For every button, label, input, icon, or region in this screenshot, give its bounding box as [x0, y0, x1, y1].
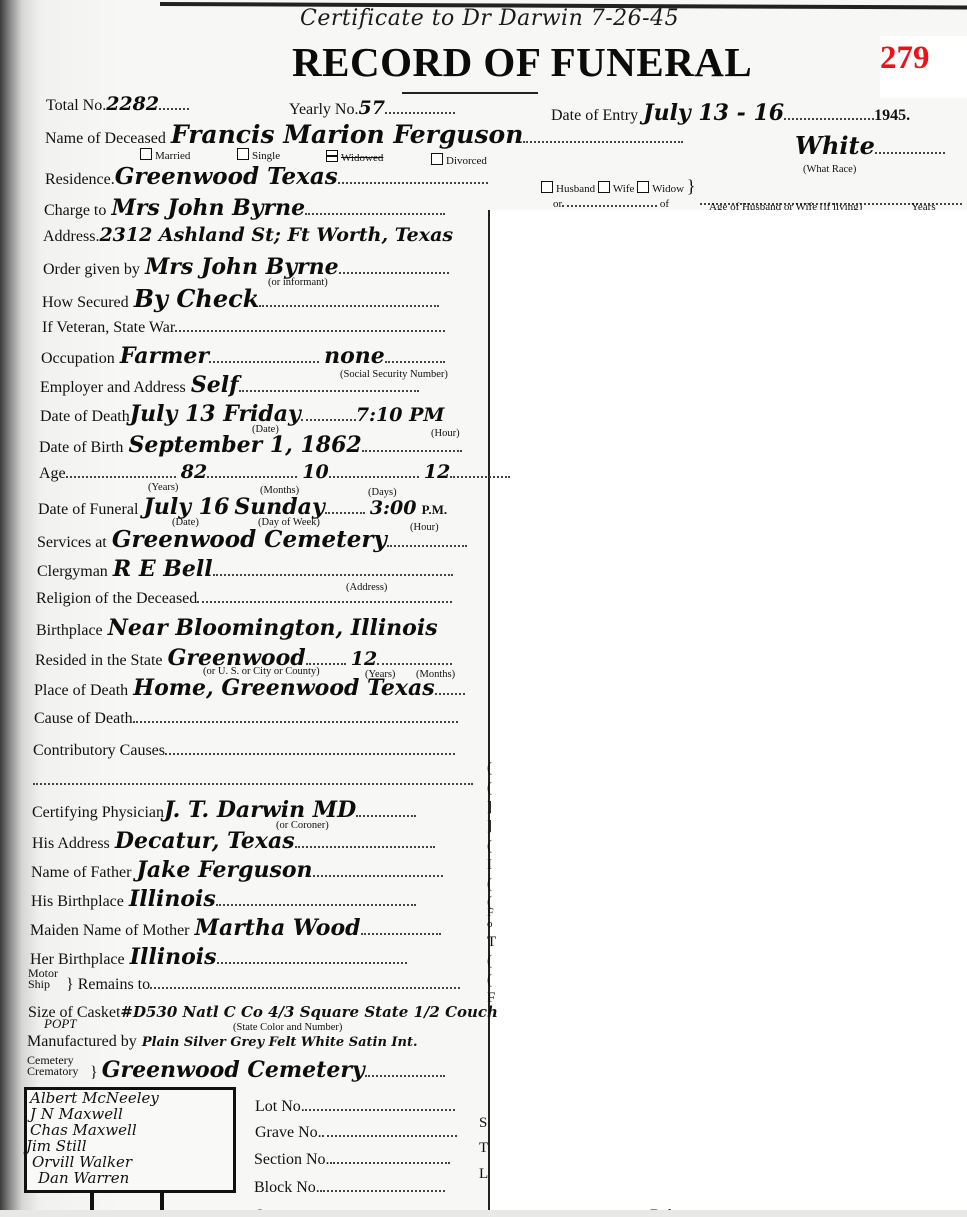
services-at-label: Services at — [37, 534, 107, 551]
wife-label: Wife — [613, 183, 635, 195]
address-label: Address. — [43, 228, 99, 245]
mother-label: Maiden Name of Mother — [30, 922, 190, 939]
brace: } — [66, 976, 78, 993]
casket-value: #D530 Natl C Co 4/3 Square State 1/2 Cou… — [120, 1003, 498, 1021]
total-no-label: Total No. — [46, 97, 106, 114]
strip-letter: S — [479, 1115, 487, 1132]
age-label: Age — [39, 465, 66, 482]
strip-letter: F — [487, 990, 495, 1007]
dot-leader — [33, 782, 473, 785]
veteran-label: If Veteran, State War — [42, 319, 175, 336]
cemetery-value: Greenwood Cemetery — [102, 1057, 365, 1083]
widowed-checkbox[interactable] — [326, 150, 338, 162]
dot-leader — [217, 961, 407, 964]
strip-letter: T — [487, 934, 496, 951]
years-note: (Years) — [148, 482, 178, 493]
clergyman-field: Clergyman R E Bell — [37, 556, 453, 582]
block-no-field: Block No. — [254, 1177, 445, 1197]
dot-leader — [362, 449, 462, 452]
dot-leader — [377, 662, 452, 665]
veteran-field: If Veteran, State War — [42, 317, 445, 337]
total-no-value: 2282 — [106, 93, 159, 115]
funeral-hour-value: 3:00 — [370, 497, 417, 519]
religion-label: Religion of the Deceased — [36, 590, 197, 607]
occupation-label: Occupation — [41, 350, 115, 367]
marital-married[interactable]: Married — [140, 148, 190, 162]
employer-field: Employer and Address Self — [40, 372, 419, 398]
manufactured-label: Manufactured by — [27, 1033, 137, 1050]
ssn-value: none — [324, 343, 385, 369]
his-address-label: His Address — [32, 835, 110, 852]
mother-value: Martha Wood — [195, 915, 361, 941]
mother-field: Maiden Name of Mother Martha Wood — [30, 915, 441, 941]
entry-year: 1945. — [874, 107, 910, 124]
date-of-birth-field: Date of Birth September 1, 1862 — [39, 432, 462, 458]
strip-letter: o — [487, 918, 493, 930]
strip-letter: ( — [487, 953, 492, 970]
employer-value: Self — [191, 372, 239, 398]
clergyman-value: R E Bell — [113, 556, 213, 582]
strip-letter: ( — [487, 972, 492, 989]
residence-value: Greenwood Texas — [115, 163, 338, 190]
his-birthplace-label: His Birthplace — [31, 893, 124, 910]
residence-label: Residence. — [45, 171, 115, 188]
dot-leader — [325, 511, 365, 514]
blank-right-panel — [488, 210, 967, 1212]
how-secured-label: How Secured — [42, 294, 129, 311]
birthplace-value: Near Bloomington, Illinois — [108, 615, 438, 641]
dot-leader — [239, 389, 419, 392]
spouse-options: Husband Wife Widow } — [541, 176, 696, 197]
marital-widowed[interactable]: Widowed — [326, 150, 383, 164]
date-of-funeral-label: Date of Funeral — [38, 501, 138, 518]
dot-leader — [259, 304, 439, 307]
bottom-edge — [0, 1210, 967, 1217]
dot-leader — [329, 475, 419, 478]
place-of-death-field: Place of Death Home, Greenwood Texas — [34, 675, 465, 701]
husband-label: Husband — [556, 183, 595, 195]
single-checkbox[interactable] — [237, 148, 249, 160]
dot-leader — [356, 814, 416, 817]
strip-letter: T — [479, 1140, 488, 1157]
lot-no-field: Lot No. — [255, 1096, 455, 1116]
dot-leader — [387, 544, 467, 547]
dot-leader — [784, 117, 874, 120]
widow-checkbox[interactable] — [637, 181, 649, 193]
married-checkbox[interactable] — [140, 148, 152, 160]
dot-leader — [66, 475, 176, 478]
ship-label: Ship — [28, 979, 58, 990]
section-no-field: Section No. — [254, 1149, 450, 1169]
blank-dotted-line — [33, 770, 473, 789]
race-field: White — [795, 131, 945, 160]
dot-leader — [301, 418, 356, 421]
cause-of-death-field: Cause of Death — [34, 708, 458, 728]
dot-leader — [313, 874, 443, 877]
strip-letter: I — [487, 857, 492, 874]
contributory-label: Contributory Causes — [33, 742, 165, 759]
dot-leader — [435, 692, 465, 695]
married-label: Married — [155, 150, 190, 162]
cause-of-death-label: Cause of Death — [34, 710, 133, 727]
dot-leader — [338, 181, 488, 184]
resided-label: Resided in the State — [35, 652, 163, 669]
employer-label: Employer and Address — [40, 379, 186, 396]
charge-to-label: Charge to — [44, 202, 106, 219]
his-birthplace-value: Illinois — [129, 886, 216, 912]
strip-letter: ( — [487, 760, 492, 777]
dot-leader — [306, 662, 346, 665]
his-address-value: Decatur, Texas — [115, 828, 295, 854]
dot-leader — [339, 271, 449, 274]
cemetery-field: } Greenwood Cemetery — [90, 1057, 445, 1083]
section-no-label: Section No. — [254, 1151, 330, 1168]
remains-to-field: } Remains to — [66, 974, 460, 994]
name-label: Name of Deceased — [45, 130, 166, 147]
page-title: RECORD OF FUNERAL — [292, 38, 752, 86]
physician-label: Certifying Physician — [32, 804, 164, 821]
dot-leader — [450, 475, 510, 478]
dot-leader — [159, 107, 189, 110]
crematory-label: Crematory — [27, 1066, 78, 1077]
grave-no-field: Grave No. — [255, 1122, 457, 1142]
dot-leader — [175, 329, 445, 332]
marital-single[interactable]: Single — [237, 148, 280, 162]
dot-leader — [305, 1108, 455, 1111]
father-field: Name of Father Jake Ferguson — [31, 857, 443, 883]
dot-leader — [562, 204, 657, 207]
strip-letter: L — [479, 1166, 488, 1183]
occupation-value: Farmer — [120, 343, 209, 369]
dot-leader — [197, 600, 452, 603]
single-label: Single — [252, 150, 280, 162]
his-birthplace-field: His Birthplace Illinois — [31, 886, 416, 912]
his-address-field: His Address Decatur, Texas — [32, 828, 435, 854]
age-days-value: 12 — [424, 461, 450, 483]
dot-leader — [150, 986, 460, 989]
dot-leader — [330, 1161, 450, 1164]
father-value: Jake Ferguson — [137, 857, 313, 883]
dot-leader — [875, 151, 945, 154]
strip-letter: ] — [487, 818, 492, 835]
strip-letter: ( — [487, 876, 492, 893]
order-given-by-field: Order given by Mrs John Byrne — [43, 254, 449, 280]
contributory-causes-field: Contributory Causes — [33, 740, 455, 760]
her-birthplace-value: Illinois — [130, 944, 217, 970]
funeral-pm: P.M. — [422, 502, 448, 517]
deceased-name-value: Francis Marion Ferguson — [171, 120, 524, 149]
name-of-deceased-field: Name of Deceased Francis Marion Ferguson — [45, 120, 683, 149]
manufactured-by-field: Manufactured by Plain Silver Grey Felt W… — [27, 1031, 418, 1051]
religion-field: Religion of the Deceased — [36, 588, 452, 608]
manufactured-value: Plain Silver Grey Felt White Satin Int. — [142, 1035, 418, 1050]
father-label: Name of Father — [31, 864, 131, 881]
order-given-by-label: Order given by — [43, 261, 140, 278]
clergyman-label: Clergyman — [37, 563, 108, 580]
date-of-birth-label: Date of Birth — [39, 439, 123, 456]
funeral-record-page: Certificate to Dr Darwin 7-26-45 RECORD … — [0, 0, 967, 1217]
charge-to-field: Charge to Mrs John Byrne — [44, 195, 445, 221]
of-label: of — [660, 198, 669, 210]
occupation-field: Occupation Farmer none — [41, 343, 445, 369]
certifying-physician-field: Certifying PhysicianJ. T. Darwin MD — [32, 797, 416, 823]
pallbearer-6: Dan Warren — [38, 1169, 129, 1187]
address-field: Address.2312 Ashland St; Ft Worth, Texas — [43, 224, 453, 246]
brace: } — [687, 176, 696, 196]
birthplace-label: Birthplace — [36, 622, 103, 639]
motor-ship-label: Motor Ship — [28, 968, 58, 990]
casket-field: Size of Casket#D530 Natl C Co 4/3 Square… — [28, 1002, 498, 1022]
date-of-funeral-field: Date of Funeral July 16 Sunday 3:00 P.M. — [38, 494, 447, 520]
how-secured-value: By Check — [134, 284, 260, 313]
dot-leader — [207, 475, 297, 478]
strip-letter: ( — [487, 780, 492, 797]
address-value: 2312 Ashland St; Ft Worth, Texas — [99, 224, 453, 246]
age-field: Age 82 10 12 — [39, 461, 510, 483]
dot-leader — [213, 573, 453, 576]
services-at-value: Greenwood Cemetery — [112, 526, 387, 553]
age-years-value: 82 — [181, 461, 207, 483]
date-of-death-field: Date of DeathJuly 13 Friday7:10 PM — [40, 401, 444, 427]
death-hour-value: 7:10 PM — [356, 404, 445, 426]
wife-checkbox[interactable] — [598, 181, 610, 193]
or-of-line: or of — [553, 198, 669, 210]
grave-no-label: Grave No. — [255, 1124, 322, 1141]
yearly-no-value: 57 — [358, 97, 384, 119]
dot-leader — [523, 140, 683, 143]
charge-to-value: Mrs John Byrne — [111, 195, 305, 221]
her-birthplace-field: Her Birthplace Illinois — [30, 944, 407, 970]
dot-leader — [133, 720, 458, 723]
block-no-label: Block No. — [254, 1179, 320, 1196]
dot-leader — [361, 932, 441, 935]
dot-leader — [209, 360, 319, 363]
remains-to-label: Remains to — [78, 976, 150, 993]
resided-years-value: 12 — [351, 648, 377, 670]
total-no-field: Total No.2282 — [46, 93, 189, 115]
record-number: 279 — [880, 40, 930, 77]
dot-leader — [365, 1074, 445, 1077]
strip-letter: ] — [487, 799, 492, 816]
title-underline — [402, 92, 538, 94]
dot-leader — [216, 903, 416, 906]
date-of-death-label: Date of Death — [40, 408, 130, 425]
birthplace-field: Birthplace Near Bloomington, Illinois — [36, 615, 438, 641]
or-label: or — [553, 198, 562, 210]
age-months-value: 10 — [302, 461, 328, 483]
dot-leader — [385, 111, 455, 114]
dot-leader — [385, 360, 445, 363]
lot-no-label: Lot No. — [255, 1098, 305, 1115]
husband-checkbox[interactable] — [541, 181, 553, 193]
dot-leader — [305, 212, 445, 215]
dot-leader — [322, 1134, 457, 1137]
dot-leader — [165, 752, 455, 755]
race-note: (What Race) — [803, 164, 856, 175]
place-of-death-value: Home, Greenwood Texas — [133, 675, 434, 701]
residence-field: Residence.Greenwood Texas — [45, 163, 488, 190]
certificate-note: Certificate to Dr Darwin 7-26-45 — [300, 6, 679, 31]
cemetery-crematory-label: Cemetery Crematory — [27, 1055, 78, 1077]
date-of-birth-value: September 1, 1862 — [129, 432, 362, 458]
brace: } — [90, 1064, 102, 1081]
dot-leader — [295, 845, 435, 848]
yearly-no-label: Yearly No. — [289, 101, 358, 118]
place-of-death-label: Place of Death — [34, 682, 128, 699]
dot-leader — [320, 1189, 445, 1192]
yearly-no-field: Yearly No.57 — [289, 97, 455, 119]
strip-letter: ( — [487, 838, 492, 855]
how-secured-field: How Secured By Check — [42, 284, 439, 313]
popt-note: POPT — [44, 1016, 77, 1032]
services-at-field: Services at Greenwood Cemetery — [37, 526, 467, 553]
widow-label: Widow — [652, 183, 684, 195]
race-value: White — [795, 131, 875, 160]
